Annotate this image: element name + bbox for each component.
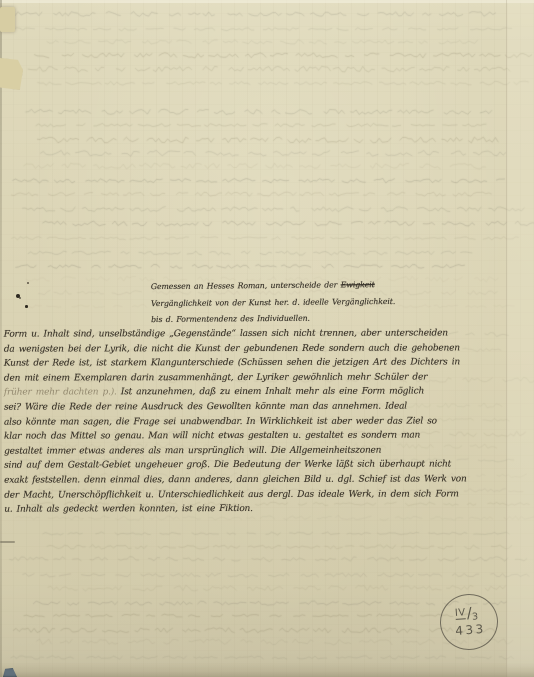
heading-line: Gemessen an Hesses Roman, unterscheide d… [151, 277, 395, 296]
handwritten-line: exakt feststellen. denn einmal dies, dan… [4, 472, 467, 488]
page-bottom-edge [0, 663, 534, 677]
handwritten-line: den mit einem Exemplaren darin zusammenh… [4, 370, 467, 386]
stamp-roman-numeral: IV [455, 607, 467, 620]
line-text: sind auf dem Gestalt-Gebiet ungeheuer gr… [4, 460, 451, 471]
handwritten-line: Kunst der Rede ist, ist starkem Klangunt… [4, 356, 467, 372]
line-text: den mit einem Exemplaren darin zusammenh… [4, 372, 427, 383]
line-text: da wenigsten bei der Lyrik, die nicht di… [4, 343, 460, 354]
faded-text: früher mehr dachten p.). [4, 388, 121, 398]
stamp-part-number: 3 [472, 611, 479, 622]
vertical-fold-crease [506, 0, 534, 677]
handwritten-line: Form u. Inhalt sind, unselbständige „Geg… [4, 326, 467, 342]
stamp-volume-row: IV/3 [455, 606, 479, 621]
line-text: gestaltet immer etwas anderes als man ur… [4, 445, 381, 456]
stamp-page-number: 433 [455, 622, 486, 638]
heading-block: Gemessen an Hesses Roman, unterscheide d… [151, 277, 396, 329]
manuscript-page: Gemessen an Hesses Roman, unterscheide d… [0, 0, 534, 677]
ink-blot [25, 305, 28, 308]
handwritten-line: also könnte man sagen, die Frage sei una… [4, 414, 467, 430]
handwritten-line: sind auf dem Gestalt-Gebiet ungeheuer gr… [4, 458, 467, 474]
line-text: also könnte man sagen, die Frage sei una… [4, 416, 437, 427]
struck-out-word: Ewigkeit [341, 280, 375, 289]
page-left-edge [0, 0, 2, 677]
handwritten-line: der Macht, Unerschöpflichkeit u. Untersc… [4, 487, 467, 503]
tape-residue-patch [0, 7, 15, 32]
handwritten-line: sei? Wäre die Rede der reine Ausdruck de… [4, 399, 467, 415]
line-text: Form u. Inhalt sind, unselbständige „Geg… [4, 328, 448, 339]
handwritten-line: u. Inhalt als gedeckt werden konnten, is… [4, 502, 467, 518]
line-text: klar noch das Mittel so genau. Man will … [4, 431, 420, 442]
heading-text: bis d. Formentendenz des Individuellen. [151, 314, 310, 324]
line-text: sei? Wäre die Rede der reine Ausdruck de… [4, 402, 407, 413]
line-text: Kunst der Rede ist, ist starkem Klangunt… [4, 358, 460, 369]
line-text: exakt feststellen. denn einmal dies, dan… [4, 474, 466, 485]
margin-pencil-mark [0, 541, 15, 543]
heading-line: Vergänglichkeit von der Kunst her. d. id… [151, 293, 395, 312]
handwritten-line: gestaltet immer etwas anderes als man ur… [4, 443, 467, 459]
line-text: der Macht, Unerschöpflichkeit u. Untersc… [4, 489, 459, 500]
body-text-block: Form u. Inhalt sind, unselbständige „Geg… [4, 326, 467, 517]
handwritten-line: klar noch das Mittel so genau. Man will … [4, 429, 467, 445]
page-top-edge [0, 0, 534, 3]
handwritten-line: da wenigsten bei der Lyrik, die nicht di… [4, 341, 467, 357]
ink-blot [27, 282, 29, 284]
heading-text: Vergänglichkeit von der Kunst her. d. id… [151, 296, 395, 307]
ink-blot [16, 294, 20, 298]
heading-text: Gemessen an Hesses Roman, unterscheide d… [151, 280, 341, 291]
line-text: u. Inhalt als gedeckt werden konnten, is… [4, 504, 253, 515]
line-text: Ist anzunehmen, daß zu einem Inhalt mehr… [121, 387, 424, 398]
handwritten-line: früher mehr dachten p.). Ist anzunehmen,… [4, 385, 467, 401]
